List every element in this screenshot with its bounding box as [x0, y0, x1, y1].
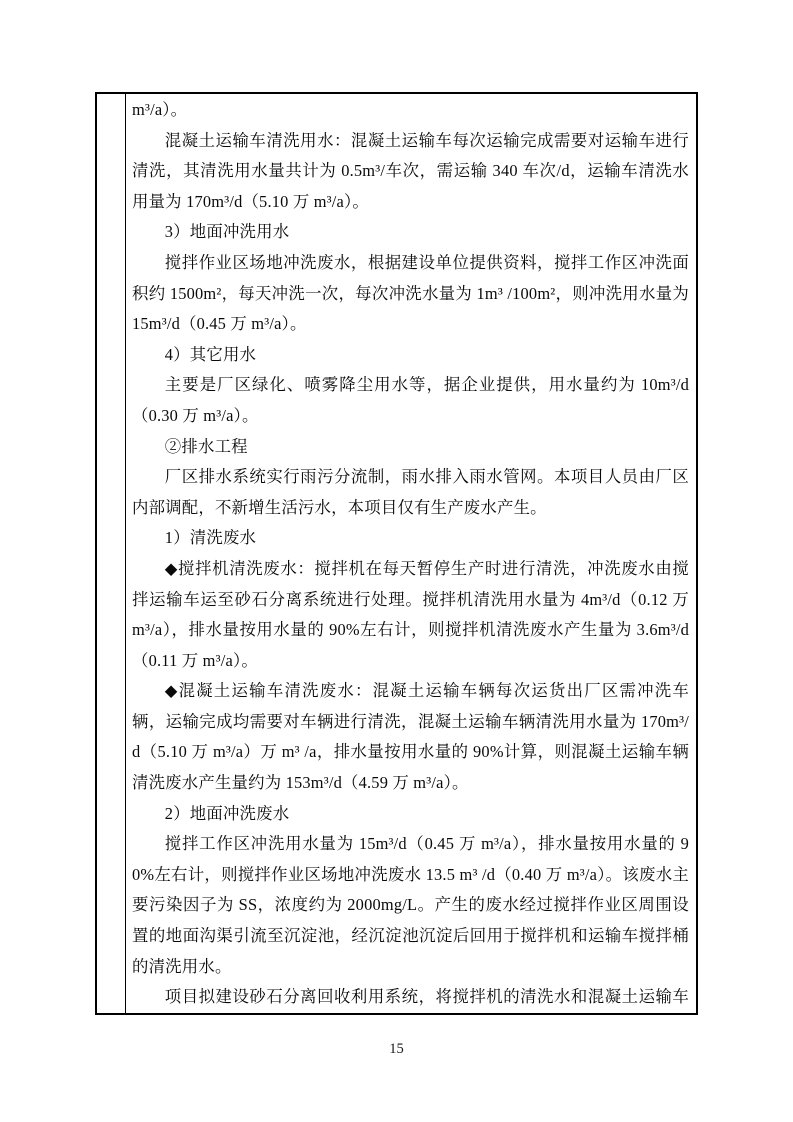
paragraph: ◆混凝土运输车清洗废水：混凝土运输车辆每次运货出厂区需冲洗车辆，运输完成均需要对…: [132, 676, 689, 798]
paragraph: 3）地面冲洗用水: [132, 217, 689, 248]
table-left-column: [97, 94, 126, 1013]
page-number: 15: [0, 1041, 793, 1058]
content-table: m³/a）。混凝土运输车清洗用水：混凝土运输车每次运输完成需要对运输车进行清洗，…: [95, 92, 698, 1015]
paragraph: ◆搅拌机清洗废水：搅拌机在每天暂停生产时进行清洗，冲洗废水由搅拌运输车运至砂石分…: [132, 554, 689, 676]
paragraph: 4）其它用水: [132, 340, 689, 371]
paragraph: 主要是厂区绿化、喷雾降尘用水等，据企业提供，用水量约为 10m³/d（0.30 …: [132, 370, 689, 431]
paragraph: 2）地面冲洗废水: [132, 799, 689, 830]
paragraph: 搅拌作业区场地冲洗废水，根据建设单位提供资料，搅拌工作区冲洗面积约 1500m²…: [132, 248, 689, 340]
paragraph: 1）清洗废水: [132, 523, 689, 554]
document-page: { "document": { "paragraphs": [ { "inden…: [0, 0, 793, 1122]
paragraph: ②排水工程: [132, 432, 689, 463]
paragraph: 厂区排水系统实行雨污分流制，雨水排入雨水管网。本项目人员由厂区内部调配，不新增生…: [132, 462, 689, 523]
paragraph: 混凝土运输车清洗用水：混凝土运输车每次运输完成需要对运输车进行清洗，其清洗用水量…: [132, 126, 689, 218]
paragraph: m³/a）。: [132, 95, 689, 126]
paragraph: 项目拟建设砂石分离回收利用系统，将搅拌机的清洗水和混凝土运输车辆清洗水、地面冲洗…: [132, 982, 689, 1013]
paragraph: 搅拌工作区冲洗用水量为 15m³/d（0.45 万 m³/a），排水量按用水量的…: [132, 829, 689, 982]
table-content-cell: m³/a）。混凝土运输车清洗用水：混凝土运输车每次运输完成需要对运输车进行清洗，…: [126, 94, 696, 1013]
